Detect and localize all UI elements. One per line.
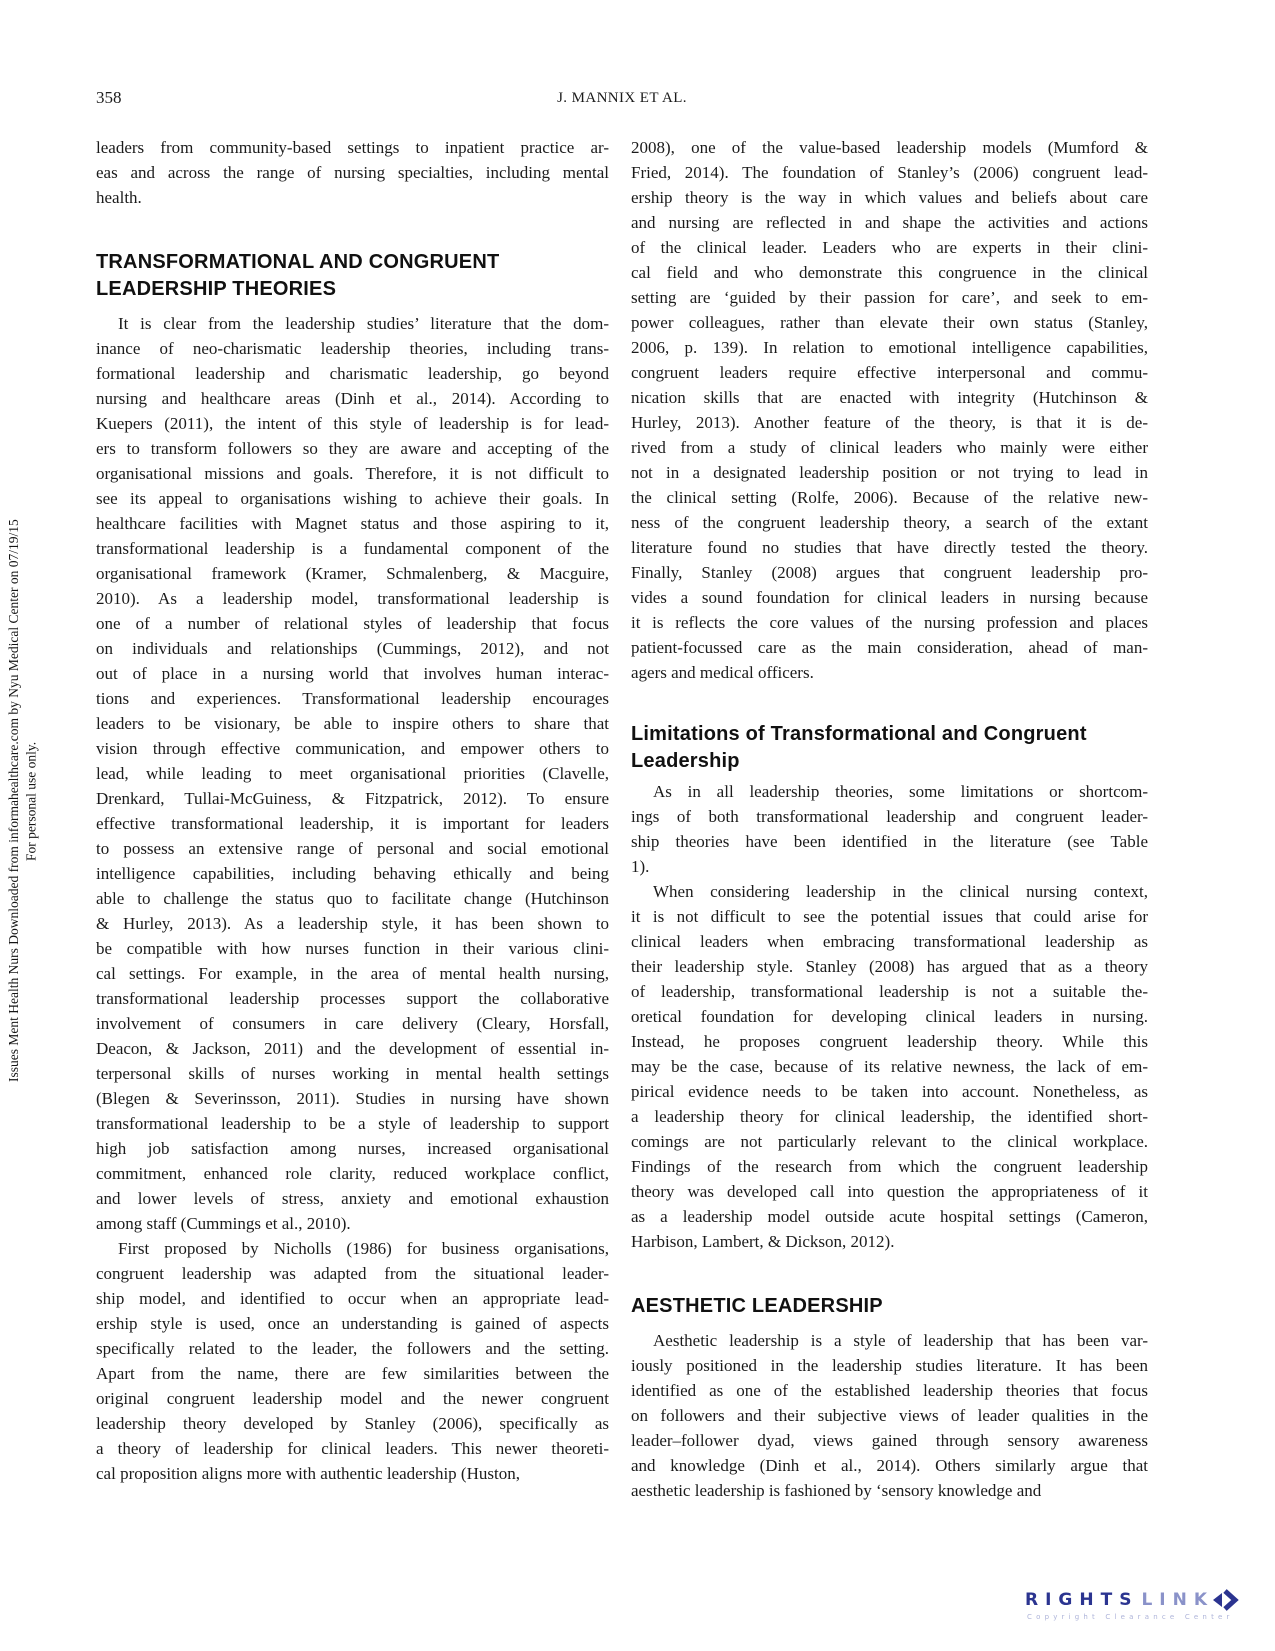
- text-line: nication skills that are enacted with in…: [631, 385, 1148, 410]
- text-line: terpersonal skills of nurses working in …: [96, 1061, 609, 1086]
- text-line: Harbison, Lambert, & Dickson, 2012).: [631, 1229, 1148, 1254]
- text-line: comings are not particularly relevant to…: [631, 1129, 1148, 1154]
- text-line: intelligence capabilities, including beh…: [96, 861, 609, 886]
- text-line: high job satisfaction among nurses, incr…: [96, 1136, 609, 1161]
- text-line: Aesthetic leadership is a style of leade…: [631, 1328, 1148, 1353]
- text-line: it is reflects the core values of the nu…: [631, 610, 1148, 635]
- text-line: leader–follower dyad, views gained throu…: [631, 1428, 1148, 1453]
- section-heading: TRANSFORMATIONAL AND CONGRUENTLEADERSHIP…: [96, 249, 609, 303]
- text-line: aesthetic leadership is fashioned by ‘se…: [631, 1478, 1148, 1503]
- text-line: cal field and who demonstrate this congr…: [631, 260, 1148, 285]
- text-line: tions and experiences. Transformational …: [96, 686, 609, 711]
- text-line: First proposed by Nicholls (1986) for bu…: [96, 1236, 609, 1261]
- text-line: healthcare facilities with Magnet status…: [96, 511, 609, 536]
- text-line: one of a number of relational styles of …: [96, 611, 609, 636]
- text-line: cal settings. For example, in the area o…: [96, 961, 609, 986]
- sidebar-notice-line: Issues Ment Health Nurs Downloaded from …: [5, 383, 23, 1219]
- sidebar-notice-line: For personal use only.: [23, 383, 41, 1219]
- text-line: lead, while leading to meet organisation…: [96, 761, 609, 786]
- text-line: a leadership theory for clinical leaders…: [631, 1104, 1148, 1129]
- text-line: it is not difficult to see the potential…: [631, 904, 1148, 929]
- text-line: cal proposition aligns more with authent…: [96, 1461, 609, 1486]
- text-line: organisational missions and goals. There…: [96, 461, 609, 486]
- text-line: leaders to be visionary, be able to insp…: [96, 711, 609, 736]
- text-line: 1).: [631, 854, 1148, 879]
- text-line: vision through effective communication, …: [96, 736, 609, 761]
- text-line: be compatible with how nurses function i…: [96, 936, 609, 961]
- text-line: health.: [96, 185, 609, 210]
- text-line: (Blegen & Severinsson, 2011). Studies in…: [96, 1086, 609, 1111]
- text-line: setting are ‘guided by their passion for…: [631, 285, 1148, 310]
- text-line: and nursing are reflected in and shape t…: [631, 210, 1148, 235]
- text-line: Limitations of Transformational and Cong…: [631, 721, 1148, 748]
- paragraph: As in all leadership theories, some limi…: [631, 779, 1148, 879]
- paragraph: It is clear from the leadership studies’…: [96, 311, 609, 1236]
- section-heading: AESTHETIC LEADERSHIP: [631, 1293, 1148, 1320]
- paragraph: When considering leadership in the clini…: [631, 879, 1148, 1254]
- paragraph: First proposed by Nicholls (1986) for bu…: [96, 1236, 609, 1486]
- text-line: may be the case, because of its relative…: [631, 1054, 1148, 1079]
- text-line: vides a sound foundation for clinical le…: [631, 585, 1148, 610]
- text-line: ership theory is the way in which values…: [631, 185, 1148, 210]
- text-line: As in all leadership theories, some limi…: [631, 779, 1148, 804]
- text-line: literature found no studies that have di…: [631, 535, 1148, 560]
- text-line: ership style is used, once an understand…: [96, 1311, 609, 1336]
- text-line: able to challenge the status quo to faci…: [96, 886, 609, 911]
- text-line: of the clinical leader. Leaders who are …: [631, 235, 1148, 260]
- text-line: see its appeal to organisations wishing …: [96, 486, 609, 511]
- text-line: leadership theory developed by Stanley (…: [96, 1411, 609, 1436]
- text-line: oretical foundation for developing clini…: [631, 1004, 1148, 1029]
- text-line: Kuepers (2011), the intent of this style…: [96, 411, 609, 436]
- text-line: patient-focussed care as the main consid…: [631, 635, 1148, 660]
- paragraph: leaders from community-based settings to…: [96, 135, 609, 210]
- text-line: When considering leadership in the clini…: [631, 879, 1148, 904]
- text-line: Instead, he proposes congruent leadershi…: [631, 1029, 1148, 1054]
- text-line: Leadership: [631, 748, 1148, 775]
- rightslink-subtext: Copyright Clearance Center: [1025, 1613, 1241, 1621]
- text-line: formational leadership and charismatic l…: [96, 361, 609, 386]
- text-line: 2008), one of the value-based leadership…: [631, 135, 1148, 160]
- text-line: Apart from the name, there are few simil…: [96, 1361, 609, 1386]
- text-line: power colleagues, rather than elevate th…: [631, 310, 1148, 335]
- text-line: out of place in a nursing world that inv…: [96, 661, 609, 686]
- text-line: ings of both transformational leadership…: [631, 804, 1148, 829]
- text-line: not in a designated leadership position …: [631, 460, 1148, 485]
- text-line: 2006, p. 139). In relation to emotional …: [631, 335, 1148, 360]
- text-line: among staff (Cummings et al., 2010).: [96, 1211, 609, 1236]
- sidebar-download-notice: Issues Ment Health Nurs Downloaded from …: [5, 383, 40, 1219]
- running-head: J. MANNIX ET AL.: [96, 90, 1148, 107]
- text-line: Fried, 2014). The foundation of Stanley’…: [631, 160, 1148, 185]
- text-line: to possess an extensive range of persona…: [96, 836, 609, 861]
- text-line: Finally, Stanley (2008) argues that cong…: [631, 560, 1148, 585]
- text-line: 2010). As a leadership model, transforma…: [96, 586, 609, 611]
- right-column: 2008), one of the value-based leadership…: [631, 135, 1148, 1503]
- text-line: nursing and healthcare areas (Dinh et al…: [96, 386, 609, 411]
- text-line: AESTHETIC LEADERSHIP: [631, 1293, 1148, 1320]
- paragraph: Aesthetic leadership is a style of leade…: [631, 1328, 1148, 1503]
- text-line: ship model, and identified to occur when…: [96, 1286, 609, 1311]
- text-line: pirical evidence needs to be taken into …: [631, 1079, 1148, 1104]
- text-line: and lower levels of stress, anxiety and …: [96, 1186, 609, 1211]
- text-line: their leadership style. Stanley (2008) h…: [631, 954, 1148, 979]
- rightslink-logo[interactable]: RIGHTS LINK Copyright Clearance Center: [1025, 1588, 1241, 1621]
- text-line: theory was developed call into question …: [631, 1179, 1148, 1204]
- text-line: TRANSFORMATIONAL AND CONGRUENT: [96, 249, 609, 276]
- text-line: the clinical setting (Rolfe, 2006). Beca…: [631, 485, 1148, 510]
- text-line: ers to transform followers so they are a…: [96, 436, 609, 461]
- text-line: eas and across the range of nursing spec…: [96, 160, 609, 185]
- text-line: Deacon, & Jackson, 2011) and the develop…: [96, 1036, 609, 1061]
- text-line: commitment, enhanced role clarity, reduc…: [96, 1161, 609, 1186]
- text-line: transformational leadership is a fundame…: [96, 536, 609, 561]
- text-line: on followers and their subjective views …: [631, 1403, 1148, 1428]
- text-line: involvement of consumers in care deliver…: [96, 1011, 609, 1036]
- text-line: transformational leadership to be a styl…: [96, 1111, 609, 1136]
- text-line: agers and medical officers.: [631, 660, 1148, 685]
- text-line: clinical leaders when embracing transfor…: [631, 929, 1148, 954]
- rightslink-arrow-icon: [1211, 1588, 1241, 1612]
- text-line: and knowledge (Dinh et al., 2014). Other…: [631, 1453, 1148, 1478]
- text-line: iously positioned in the leadership stud…: [631, 1353, 1148, 1378]
- paragraph: 2008), one of the value-based leadership…: [631, 135, 1148, 685]
- text-line: inance of neo-charismatic leadership the…: [96, 336, 609, 361]
- text-line: organisational framework (Kramer, Schmal…: [96, 561, 609, 586]
- left-column: leaders from community-based settings to…: [96, 135, 609, 1486]
- rightslink-rights-text: RIGHTS: [1025, 1590, 1138, 1610]
- rightslink-wordmark: RIGHTS LINK: [1025, 1588, 1241, 1612]
- text-line: rived from a study of clinical leaders w…: [631, 435, 1148, 460]
- text-line: on individuals and relationships (Cummin…: [96, 636, 609, 661]
- text-line: identified as one of the established lea…: [631, 1378, 1148, 1403]
- text-line: as a leadership model outside acute hosp…: [631, 1204, 1148, 1229]
- text-line: congruent leaders require effective inte…: [631, 360, 1148, 385]
- text-line: Findings of the research from which the …: [631, 1154, 1148, 1179]
- text-line: a theory of leadership for clinical lead…: [96, 1436, 609, 1461]
- text-line: original congruent leadership model and …: [96, 1386, 609, 1411]
- text-line: leaders from community-based settings to…: [96, 135, 609, 160]
- text-line: Hurley, 2013). Another feature of the th…: [631, 410, 1148, 435]
- text-line: Drenkard, Tullai-McGuiness, & Fitzpatric…: [96, 786, 609, 811]
- section-heading: Limitations of Transformational and Cong…: [631, 721, 1148, 775]
- text-line: & Hurley, 2013). As a leadership style, …: [96, 911, 609, 936]
- text-line: of leadership, transformational leadersh…: [631, 979, 1148, 1004]
- text-line: transformational leadership processes su…: [96, 986, 609, 1011]
- text-line: LEADERSHIP THEORIES: [96, 276, 609, 303]
- text-line: congruent leadership was adapted from th…: [96, 1261, 609, 1286]
- text-line: specifically related to the leader, the …: [96, 1336, 609, 1361]
- text-line: ness of the congruent leadership theory,…: [631, 510, 1148, 535]
- text-line: effective transformational leadership, i…: [96, 811, 609, 836]
- text-line: It is clear from the leadership studies’…: [96, 311, 609, 336]
- text-line: ship theories have been identified in th…: [631, 829, 1148, 854]
- rightslink-link-text: LINK: [1141, 1590, 1214, 1610]
